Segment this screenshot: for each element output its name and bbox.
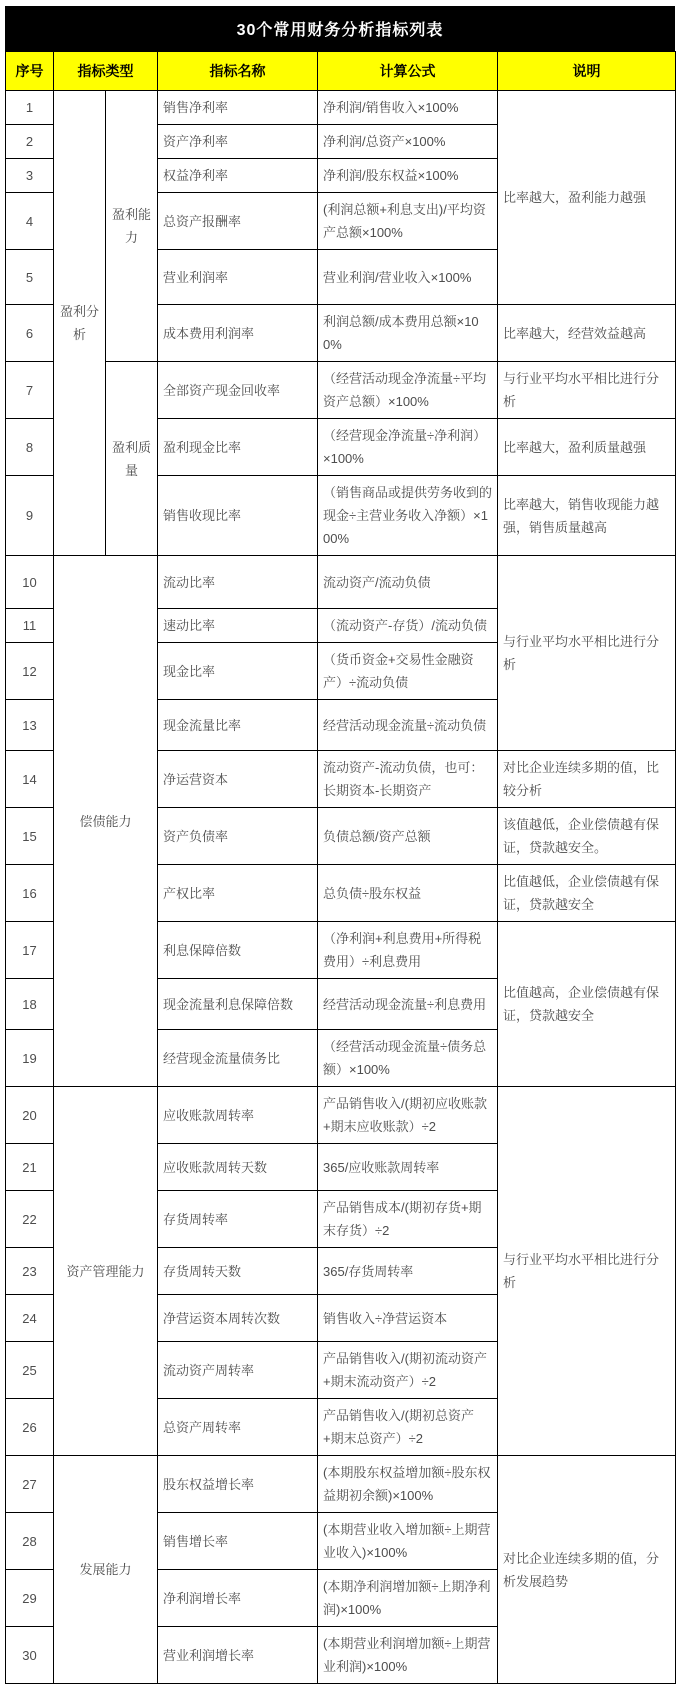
indicator-name-cell: 流动资产周转率	[158, 1342, 318, 1399]
indicator-name-cell: 流动比率	[158, 556, 318, 609]
indicator-type-cell: 资产管理能力	[54, 1087, 158, 1456]
formula-cell: (本期营业收入增加额÷上期营业收入)×100%	[318, 1513, 498, 1570]
row-number-cell: 2	[6, 125, 54, 159]
formula-cell: 营业利润/营业收入×100%	[318, 250, 498, 305]
indicator-name-cell: 应收账款周转天数	[158, 1144, 318, 1191]
indicator-name-cell: 速动比率	[158, 609, 318, 643]
indicator-name-cell: 股东权益增长率	[158, 1456, 318, 1513]
table-row: 27发展能力股东权益增长率(本期股东权益增加额÷股东权益期初余额)×100%对比…	[6, 1456, 676, 1513]
table-row: 7盈利质量全部资产现金回收率（经营活动现金净流量÷平均资产总额）×100%与行业…	[6, 362, 676, 419]
description-cell: 比值越低，企业偿债越有保证，贷款越安全	[498, 865, 676, 922]
description-cell: 与行业平均水平相比进行分析	[498, 362, 676, 419]
row-number-cell: 8	[6, 419, 54, 476]
row-number-cell: 15	[6, 808, 54, 865]
indicator-name-cell: 产权比率	[158, 865, 318, 922]
description-cell: 对比企业连续多期的值，分析发展趋势	[498, 1456, 676, 1684]
formula-cell: 365/应收账款周转率	[318, 1144, 498, 1191]
indicator-name-cell: 成本费用利润率	[158, 305, 318, 362]
formula-cell: 产品销售收入/(期初应收账款+期末应收账款）÷2	[318, 1087, 498, 1144]
indicator-name-cell: 存货周转天数	[158, 1248, 318, 1295]
header-row: 序号 指标类型 指标名称 计算公式 说明	[6, 52, 676, 91]
formula-cell: 负债总额/资产总额	[318, 808, 498, 865]
indicator-type-cell: 盈利分析	[54, 91, 106, 556]
description-cell: 比率越大，经营效益越高	[498, 305, 676, 362]
indicator-type-cell: 偿债能力	[54, 556, 158, 1087]
indicator-name-cell: 存货周转率	[158, 1191, 318, 1248]
formula-cell: （流动资产-存货）/流动负债	[318, 609, 498, 643]
row-number-cell: 28	[6, 1513, 54, 1570]
indicator-name-cell: 总资产周转率	[158, 1399, 318, 1456]
formula-cell: (本期营业利润增加额÷上期营业利润)×100%	[318, 1627, 498, 1684]
row-number-cell: 21	[6, 1144, 54, 1191]
formula-cell: (本期股东权益增加额÷股东权益期初余额)×100%	[318, 1456, 498, 1513]
indicator-name-cell: 销售净利率	[158, 91, 318, 125]
indicator-name-cell: 经营现金流量债务比	[158, 1030, 318, 1087]
row-number-cell: 29	[6, 1570, 54, 1627]
header-no: 序号	[6, 52, 54, 91]
formula-cell: 流动资产/流动负债	[318, 556, 498, 609]
formula-cell: （净利润+利息费用+所得税费用）÷利息费用	[318, 922, 498, 979]
indicator-name-cell: 营业利润增长率	[158, 1627, 318, 1684]
indicator-name-cell: 营业利润率	[158, 250, 318, 305]
indicator-name-cell: 资产负债率	[158, 808, 318, 865]
formula-cell: (本期净利润增加额÷上期净利润)×100%	[318, 1570, 498, 1627]
row-number-cell: 27	[6, 1456, 54, 1513]
description-cell: 对比企业连续多期的值，比较分析	[498, 751, 676, 808]
row-number-cell: 17	[6, 922, 54, 979]
row-number-cell: 4	[6, 193, 54, 250]
row-number-cell: 14	[6, 751, 54, 808]
indicator-type-cell: 盈利能力	[106, 91, 158, 362]
indicator-name-cell: 应收账款周转率	[158, 1087, 318, 1144]
table-row: 1盈利分析盈利能力销售净利率净利润/销售收入×100%比率越大，盈利能力越强	[6, 91, 676, 125]
row-number-cell: 23	[6, 1248, 54, 1295]
row-number-cell: 11	[6, 609, 54, 643]
formula-cell: 产品销售收入/(期初流动资产+期末流动资产）÷2	[318, 1342, 498, 1399]
indicator-name-cell: 权益净利率	[158, 159, 318, 193]
indicator-table-body: 1盈利分析盈利能力销售净利率净利润/销售收入×100%比率越大，盈利能力越强2资…	[6, 91, 676, 1684]
indicator-name-cell: 盈利现金比率	[158, 419, 318, 476]
formula-cell: (利润总额+利息支出)/平均资产总额×100%	[318, 193, 498, 250]
indicator-type-cell: 盈利质量	[106, 362, 158, 556]
indicator-name-cell: 净运营资本	[158, 751, 318, 808]
indicator-name-cell: 净营运资本周转次数	[158, 1295, 318, 1342]
indicator-name-cell: 资产净利率	[158, 125, 318, 159]
row-number-cell: 26	[6, 1399, 54, 1456]
formula-cell: 产品销售成本/(期初存货+期末存货）÷2	[318, 1191, 498, 1248]
formula-cell: 销售收入÷净营运资本	[318, 1295, 498, 1342]
description-cell: 比率越大，盈利质量越强	[498, 419, 676, 476]
indicator-name-cell: 现金流量比率	[158, 700, 318, 751]
indicator-name-cell: 现金流量利息保障倍数	[158, 979, 318, 1030]
table-title: 30个常用财务分析指标列表	[5, 6, 675, 51]
table-row: 10偿债能力流动比率流动资产/流动负债与行业平均水平相比进行分析	[6, 556, 676, 609]
row-number-cell: 20	[6, 1087, 54, 1144]
row-number-cell: 9	[6, 476, 54, 556]
row-number-cell: 5	[6, 250, 54, 305]
header-desc: 说明	[498, 52, 676, 91]
indicator-table: 序号 指标类型 指标名称 计算公式 说明 1盈利分析盈利能力销售净利率净利润/销…	[5, 51, 676, 1684]
description-cell: 比率越大，盈利能力越强	[498, 91, 676, 305]
row-number-cell: 1	[6, 91, 54, 125]
row-number-cell: 30	[6, 1627, 54, 1684]
row-number-cell: 24	[6, 1295, 54, 1342]
row-number-cell: 19	[6, 1030, 54, 1087]
header-name: 指标名称	[158, 52, 318, 91]
row-number-cell: 7	[6, 362, 54, 419]
indicator-type-cell: 发展能力	[54, 1456, 158, 1684]
row-number-cell: 12	[6, 643, 54, 700]
row-number-cell: 13	[6, 700, 54, 751]
indicator-name-cell: 总资产报酬率	[158, 193, 318, 250]
indicator-name-cell: 全部资产现金回收率	[158, 362, 318, 419]
description-cell: 比值越高，企业偿债越有保证，贷款越安全	[498, 922, 676, 1087]
row-number-cell: 3	[6, 159, 54, 193]
formula-cell: （经营现金净流量÷净利润）×100%	[318, 419, 498, 476]
indicator-name-cell: 净利润增长率	[158, 1570, 318, 1627]
formula-cell: 365/存货周转率	[318, 1248, 498, 1295]
formula-cell: （货币资金+交易性金融资产）÷流动负债	[318, 643, 498, 700]
description-cell: 比率越大，销售收现能力越强，销售质量越高	[498, 476, 676, 556]
formula-cell: （经营活动现金净流量÷平均资产总额）×100%	[318, 362, 498, 419]
table-row: 20资产管理能力应收账款周转率产品销售收入/(期初应收账款+期末应收账款）÷2与…	[6, 1087, 676, 1144]
formula-cell: （经营活动现金流量÷债务总额）×100%	[318, 1030, 498, 1087]
formula-cell: 净利润/销售收入×100%	[318, 91, 498, 125]
row-number-cell: 10	[6, 556, 54, 609]
description-cell: 与行业平均水平相比进行分析	[498, 1087, 676, 1456]
formula-cell: 总负债÷股东权益	[318, 865, 498, 922]
row-number-cell: 16	[6, 865, 54, 922]
row-number-cell: 6	[6, 305, 54, 362]
table-header: 序号 指标类型 指标名称 计算公式 说明	[6, 52, 676, 91]
row-number-cell: 18	[6, 979, 54, 1030]
indicator-name-cell: 销售增长率	[158, 1513, 318, 1570]
financial-indicators-sheet: 30个常用财务分析指标列表 序号 指标类型 指标名称 计算公式 说明 1盈利分析…	[5, 6, 675, 1684]
description-cell: 该值越低，企业偿债越有保证，贷款越安全。	[498, 808, 676, 865]
formula-cell: （销售商品或提供劳务收到的现金÷主营业务收入净额）×100%	[318, 476, 498, 556]
indicator-name-cell: 利息保障倍数	[158, 922, 318, 979]
indicator-name-cell: 现金比率	[158, 643, 318, 700]
formula-cell: 产品销售收入/(期初总资产+期末总资产）÷2	[318, 1399, 498, 1456]
formula-cell: 净利润/股东权益×100%	[318, 159, 498, 193]
formula-cell: 利润总额/成本费用总额×100%	[318, 305, 498, 362]
row-number-cell: 25	[6, 1342, 54, 1399]
header-type: 指标类型	[54, 52, 158, 91]
formula-cell: 净利润/总资产×100%	[318, 125, 498, 159]
formula-cell: 经营活动现金流量÷流动负债	[318, 700, 498, 751]
formula-cell: 流动资产-流动负债，也可：长期资本-长期资产	[318, 751, 498, 808]
formula-cell: 经营活动现金流量÷利息费用	[318, 979, 498, 1030]
row-number-cell: 22	[6, 1191, 54, 1248]
indicator-name-cell: 销售收现比率	[158, 476, 318, 556]
description-cell: 与行业平均水平相比进行分析	[498, 556, 676, 751]
header-formula: 计算公式	[318, 52, 498, 91]
